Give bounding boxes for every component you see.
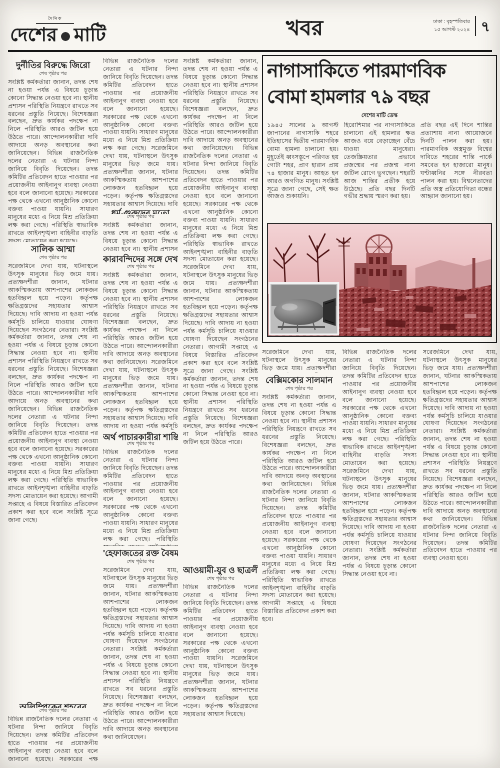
article-body: সংশ্লিষ্ট কর্মকর্তারা জানান, তদন্ত শেষ ন… — [103, 222, 178, 252]
article-body: বিভিন্ন রাজনৈতিক দলের নেতারা এ ঘটনার নিন… — [103, 449, 178, 546]
masthead: দৈনিক দেশের মাটি — [10, 7, 106, 47]
byline: দেশের মাটি ডেস্ক — [267, 112, 492, 120]
article-body: সরেজমিনে দেখা যায়, ঘটনাস্থলে উৎসুক মানু… — [423, 349, 497, 762]
article-heading: সালিক আম্মা — [8, 243, 98, 255]
masthead-daily-label: দৈনিক — [36, 16, 74, 24]
masthead-logo-icon — [61, 32, 70, 41]
main-article-body-col2: হিরোশিমার পর নাগাসাকিতে চালানো এই হামলার… — [344, 122, 416, 220]
article-heading: দুর্নীতির বিরুদ্ধে জিরো — [8, 59, 98, 71]
main-headline-line2: বোমা হামলার ৭৯ বছর — [267, 85, 492, 111]
date-page-block: ঢাকা : বৃহস্পতিবার ১৫ আগস্ট ২০২৪ ৭ — [433, 16, 490, 36]
article-heading: বেক্সিমকোর সালমান — [262, 374, 336, 386]
main-article-box: নাগাসাকিতে পারমাণবিক বোমা হামলার ৭৯ বছর … — [262, 55, 497, 343]
masthead-title-left: দেশের — [10, 25, 57, 47]
article-awami-jubo-chhatra: আওয়ামী-যুব ও ছাত্রলীগকে শেষ পৃষ্ঠার পর … — [183, 563, 258, 762]
dateline-date: ১৫ আগস্ট ২০২৪ — [433, 26, 470, 34]
article-continuation: বিভিন্ন রাজনৈতিক দলের নেতারা এ ঘটনার নিন… — [103, 58, 178, 206]
article-body: বিভিন্ন রাজনৈতিক দলের নেতারা এ ঘটনার নিন… — [342, 349, 416, 762]
fat-man-bomb-inset-photo — [269, 283, 338, 335]
article-corruption-zero: দুর্নীতির বিরুদ্ধে জিরো শেষ পৃষ্ঠার পর স… — [8, 58, 98, 242]
news-column-5: বিভিন্ন রাজনৈতিক দলের নেতারা এ ঘটনার নিন… — [342, 349, 416, 762]
news-column-4: সরেজমিনে দেখা যায়, ঘটনাস্থলে উৎসুক মানু… — [262, 349, 336, 762]
bottom-right-columns: সরেজমিনে দেখা যায়, ঘটনাস্থলে উৎসুক মানু… — [262, 349, 497, 762]
masthead-title: দেশের মাটি — [10, 25, 106, 47]
news-column-3: সংশ্লিষ্ট কর্মকর্তারা জানান, তদন্ত শেষ ন… — [183, 58, 258, 762]
article-heading: অর্থ পাচারকারীরা শান্তিতে — [103, 431, 178, 441]
section-title: খবর — [286, 12, 323, 47]
continued-label: শেষ পৃষ্ঠার পর — [103, 214, 178, 221]
article-salik-amma: সালিক আম্মা শেষ পৃষ্ঠার পর সরেজমিনে দেখা… — [8, 242, 98, 700]
main-article-body-col1: ১৯৪৫ সালের ৯ আগস্ট জাপানের নাগাসাকি শহরে… — [267, 122, 339, 220]
main-article-body-col3: প্রতি বছর এই দিনে শান্তির প্রত্যাশায় না… — [420, 122, 492, 220]
continued-label: শেষ পৃষ্ঠার পর — [262, 386, 336, 393]
atomic-bomb-dome-ruins-photo — [267, 223, 492, 337]
article-body: সংশ্লিষ্ট কর্মকর্তারা জানান, তদন্ত শেষ ন… — [183, 58, 258, 563]
page-number: ৭ — [475, 16, 490, 36]
article-hefazat-blood: 'হেফাজতের রক্ত বৈষম্যবিরোধী শেষ পৃষ্ঠার … — [103, 546, 178, 762]
main-headline-line1: নাগাসাকিতে পারমাণবিক — [267, 59, 492, 85]
ruins-photo-illustration — [268, 224, 491, 336]
news-column-2: বিভিন্ন রাজনৈতিক দলের নেতারা এ ঘটনার নিন… — [103, 58, 178, 762]
article-body: সরেজমিনে দেখা যায়, ঘটনাস্থলে উৎসুক মানু… — [8, 263, 98, 700]
continued-label: শেষ পৃষ্ঠার পর — [103, 559, 178, 566]
continued-label: শেষ পৃষ্ঠার পর — [103, 441, 178, 448]
continued-label: শেষ পৃষ্ঠার পর — [103, 264, 178, 271]
article-body: সরেজমিনে দেখা যায়, ঘটনাস্থলে উৎসুক মানু… — [103, 567, 178, 762]
article-body: বিভিন্ন রাজনৈতিক দলের নেতারা এ ঘটনার নিন… — [183, 584, 258, 762]
article-body: বিভিন্ন রাজনৈতিক দলের নেতারা এ ঘটনার নিন… — [8, 716, 98, 762]
continued-label: শেষ পৃষ্ঠার পর — [8, 708, 98, 715]
continued-label: শেষ পৃষ্ঠার পর — [8, 255, 98, 262]
article-heading: কারাবন্দিদের সঙ্গে দেখা — [103, 253, 178, 264]
article-olympic-city: অলিম্পিকের শহরের শেষ পৃষ্ঠার পর বিভিন্ন … — [8, 700, 98, 762]
article-body: সংশ্লিষ্ট কর্মকর্তারা জানান, তদন্ত শেষ ন… — [8, 79, 98, 242]
article-body: সংশ্লিষ্ট কর্মকর্তারা জানান, তদন্ত শেষ ন… — [103, 272, 178, 430]
article-body: সংশ্লিষ্ট কর্মকর্তারা জানান, তদন্ত শেষ ন… — [262, 394, 336, 762]
page-header: দৈনিক দেশের মাটি খবর ঢাকা : বৃহস্পতিবার … — [8, 6, 492, 52]
continued-label: শেষ পৃষ্ঠার পর — [183, 576, 258, 583]
article-money-launderers: অর্থ পাচারকারীরা শান্তিতে শেষ পৃষ্ঠার পর… — [103, 430, 178, 546]
newspaper-page: দৈনিক দেশের মাটি খবর ঢাকা : বৃহস্পতিবার … — [0, 0, 500, 768]
article-body: সরেজমিনে দেখা যায়, ঘটনাস্থলে উৎসুক মানু… — [262, 349, 336, 373]
continued-label: শেষ পৃষ্ঠার পর — [8, 71, 98, 78]
news-column-1: দুর্নীতির বিরুদ্ধে জিরো শেষ পৃষ্ঠার পর স… — [8, 58, 98, 762]
masthead-title-right: মাটি — [74, 25, 106, 47]
article-continuation: সংশ্লিষ্ট কর্মকর্তারা জানান, তদন্ত শেষ ন… — [183, 58, 258, 563]
article-heading: অলিম্পিকের শহরের — [8, 701, 98, 708]
article-meeting-prisoners: কারাবন্দিদের সঙ্গে দেখা শেষ পৃষ্ঠার পর স… — [103, 252, 178, 430]
article-body: বিভিন্ন রাজনৈতিক দলের নেতারা এ ঘটনার নিন… — [103, 58, 178, 206]
article-heading: আওয়ামী-যুব ও ছাত্রলীগকে — [183, 564, 258, 576]
dateline: ঢাকা : বৃহস্পতিবার ১৫ আগস্ট ২০২৪ — [433, 18, 470, 34]
dateline-place: ঢাকা : বৃহস্পতিবার — [433, 18, 470, 26]
news-column-6: সরেজমিনে দেখা যায়, ঘটনাস্থলে উৎসুক মানু… — [423, 349, 497, 762]
article-heading: 'হেফাজতের রক্ত বৈষম্যবিরোধী — [103, 547, 178, 559]
main-article-columns: ১৯৪৫ সালের ৯ আগস্ট জাপানের নাগাসাকি শহরে… — [267, 122, 492, 220]
article-dharma-gurus: ধর্ম-গুরুদের মতো শেষ পৃষ্ঠার পর সংশ্লিষ্… — [103, 206, 178, 252]
